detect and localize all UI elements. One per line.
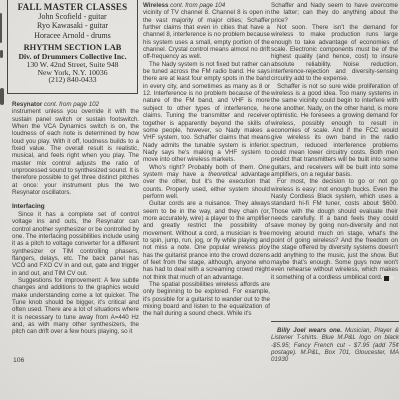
paragraph: The spatial possibilities wireless affor… (143, 281, 270, 318)
scan-artifact (0, 13, 2, 43)
tshirt-ad-lead: Billy Joel wears one. (277, 327, 342, 334)
ad-phone: (212) 840-0433 (8, 76, 137, 84)
instructor-line: Ryo Kawasaki - guitar (8, 21, 137, 30)
paragraph: vicinity of TV channel 8. Channel 8 is o… (143, 9, 270, 60)
italic-word: theoretical (208, 171, 237, 178)
wireless-heading: Wireless cont. from page 104 (143, 2, 270, 9)
instructor-line: Horacee Arnold - drums (8, 31, 137, 40)
left-column-resynator-article: Resynator cont. from page 102 instrument… (12, 101, 139, 336)
paragraph: Schaffer and Nady seem to have overcome … (271, 2, 398, 24)
paragraph: Schaffer is not so sure wide proliferati… (271, 83, 398, 178)
paragraph: Suggestions for improvement: A few subtl… (12, 277, 139, 336)
paragraph: Guitar cords are a nuisance. They always… (143, 200, 270, 281)
scan-artifact (0, 50, 3, 58)
section-divider (271, 321, 399, 322)
interfacing-subhead: Interfacing (12, 203, 139, 210)
master-classes-ad-box: FALL MASTER CLASSES John Scofield - guit… (7, 0, 138, 94)
end-of-article-icon: M (384, 276, 389, 281)
article-title: Resynator (12, 101, 42, 108)
paragraph: Who's right? Probably both of them. One … (143, 164, 270, 201)
article-title: Wireless (143, 2, 168, 9)
rhythm-section-lab-title: RHYTHM SECTION LAB (8, 43, 137, 52)
ad-title: FALL MASTER CLASSES (8, 2, 137, 12)
resynator-heading: Resynator cont. from page 102 (12, 101, 139, 108)
paragraph-text: For most, the decision to go or not go w… (271, 178, 398, 280)
paragraph: Not soon. There isn't the demand for wir… (271, 24, 398, 83)
paragraph: The Nady system is not fixed but rather … (143, 61, 270, 164)
scan-artifact (0, 88, 4, 105)
tshirt-ad: Billy Joel wears one. Musician, Player &… (271, 327, 399, 363)
instructor-line: John Scofield - guitar (8, 12, 137, 21)
middle-column-wireless-article: Wireless cont. from page 104 vicinity of… (143, 2, 270, 318)
right-column-wireless-article: Schaffer and Nady seem to have overcome … (271, 2, 398, 281)
page-number: 106 (13, 357, 24, 364)
paragraph: For most, the decision to go or not go w… (271, 178, 398, 281)
continued-from-note: cont. from page 102 (42, 101, 99, 108)
continued-from-note: cont. from page 104 (168, 2, 225, 9)
paragraph: instrument unless you override it with t… (12, 108, 139, 196)
paragraph: Since it has a complete set of control v… (12, 211, 139, 277)
